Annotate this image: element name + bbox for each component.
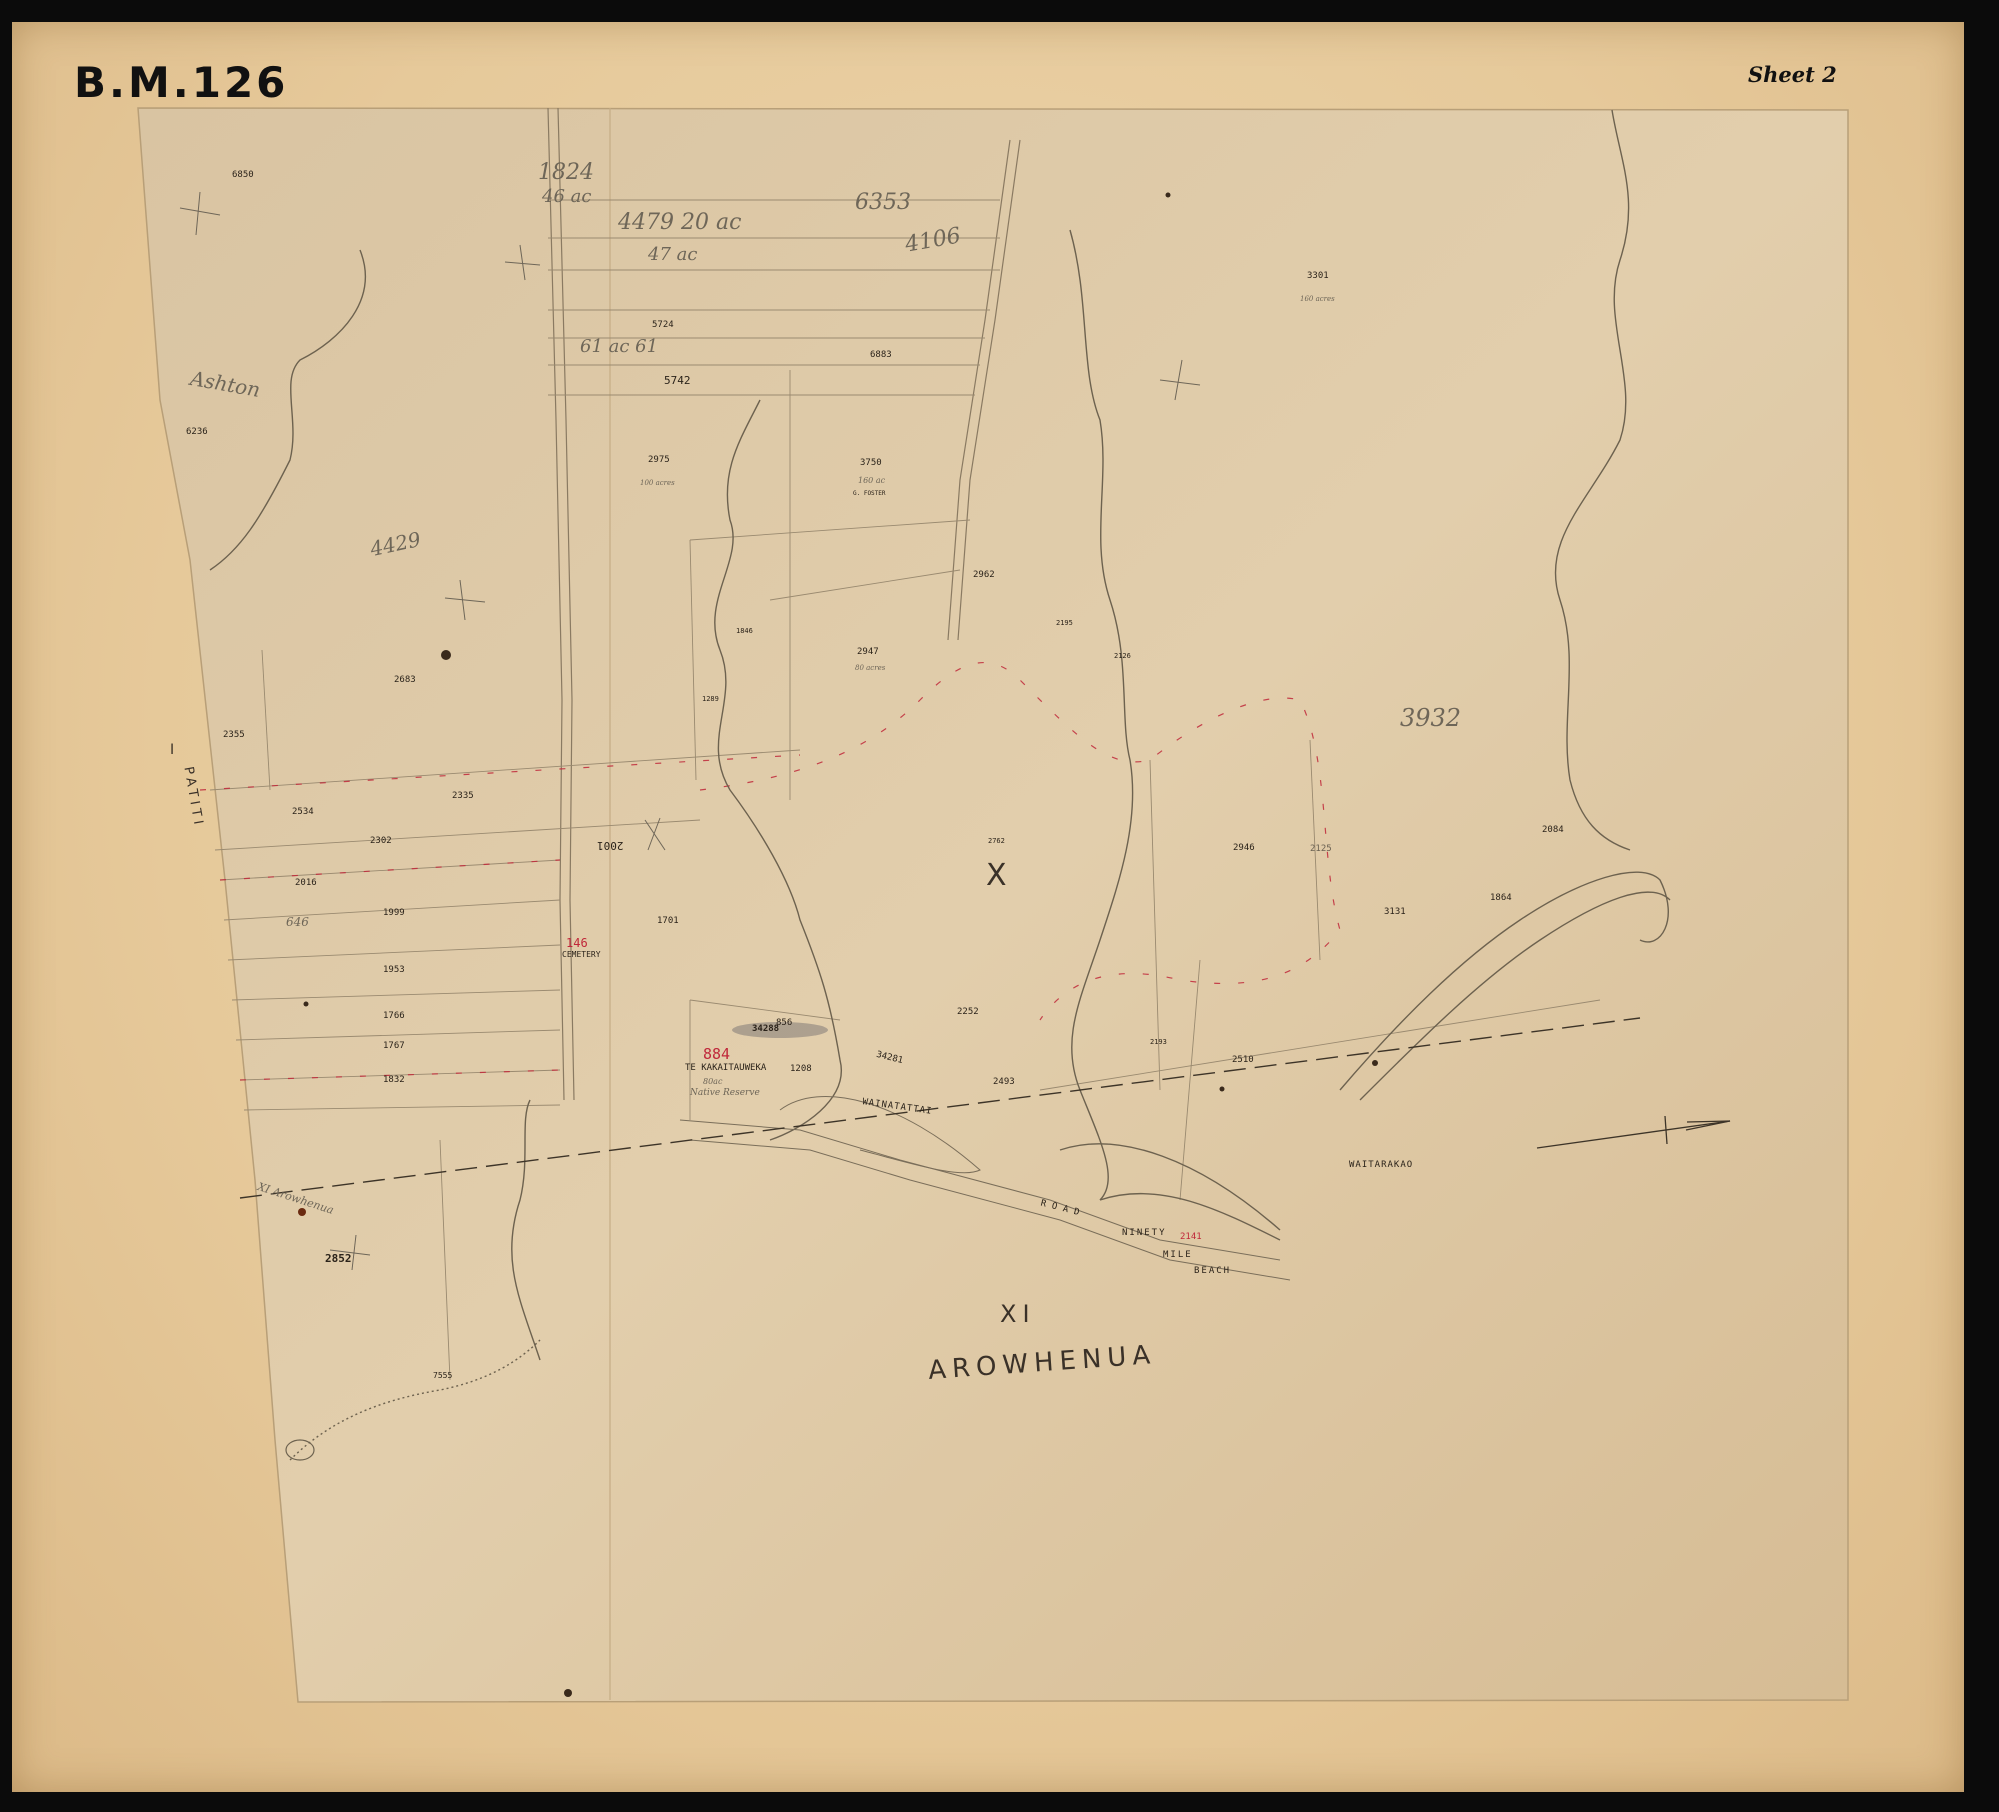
parcel-5742: 5742 <box>664 374 691 387</box>
parcel-2001: 2001 <box>597 839 624 852</box>
parcel-1864: 1864 <box>1490 893 1512 903</box>
pencil-note-61ac: 61 ac 61 <box>580 336 658 357</box>
parcel-146-name: CEMETERY <box>562 950 601 959</box>
parcel-2975-area: 100 acres <box>640 479 675 487</box>
parcel-2946: 2946 <box>1233 843 1255 853</box>
place-ninety: NINETY <box>1122 1228 1167 1238</box>
survey-tracing <box>0 0 1999 1812</box>
parcel-384: 7555 <box>433 1371 452 1380</box>
district-number: XI <box>1000 1300 1036 1328</box>
parcel-3750: 3750 <box>860 458 882 468</box>
parcel-884-note: Native Reserve <box>690 1088 760 1098</box>
parcel-1766: 1766 <box>383 1011 405 1021</box>
parcel-146: 146 <box>566 936 588 950</box>
parcel-1846: 1846 <box>736 627 753 635</box>
parcel-2252: 2252 <box>957 1007 979 1017</box>
parcel-1289: 1289 <box>702 695 719 703</box>
place-mile: MILE <box>1163 1250 1193 1260</box>
pencil-note-6353: 6353 <box>855 190 911 215</box>
parcel-2016: 2016 <box>295 878 317 888</box>
parcel-3750-owner: G. FOSTER <box>853 490 886 497</box>
parcel-2141: 2141 <box>1180 1232 1202 1242</box>
parcel-2975: 2975 <box>648 455 670 465</box>
parcel-2947: 2947 <box>857 647 879 657</box>
parcel-7555: 2852 <box>325 1252 352 1265</box>
parcel-1767: 1767 <box>383 1041 405 1051</box>
pencil-note-47ac: 47 ac <box>648 244 697 265</box>
pencil-note-46ac: 46 ac <box>542 186 591 207</box>
parcel-2762: 2762 <box>988 837 1005 845</box>
parcel-6850: 6850 <box>232 170 254 180</box>
parcel-3131: 3131 <box>1384 907 1406 917</box>
parcel-2193: 2193 <box>1150 1038 1167 1046</box>
parcel-2355: 2355 <box>223 730 245 740</box>
parcel-2125: 2125 <box>1310 844 1332 854</box>
pencil-note-646: 646 <box>286 915 309 929</box>
pencil-note-1824: 1824 <box>538 160 594 185</box>
parcel-2195: 2195 <box>1056 619 1073 627</box>
parcel-2126: 2126 <box>1114 652 1131 660</box>
parcel-2084: 2084 <box>1542 825 1564 835</box>
parcel-6236: 6236 <box>186 427 208 437</box>
parcel-2493: 2493 <box>993 1077 1015 1087</box>
centre-mark: X <box>986 858 1007 893</box>
parcel-1701: 1701 <box>657 916 679 926</box>
adjacent-marker: I <box>170 742 180 758</box>
parcel-1208: 1208 <box>790 1064 812 1074</box>
parcel-884: 884 <box>703 1045 730 1063</box>
parcel-1953: 1953 <box>383 965 405 975</box>
parcel-3301-area: 160 acres <box>1300 295 1335 303</box>
parcel-2962: 2962 <box>973 570 995 580</box>
parcel-2683: 2683 <box>394 675 416 685</box>
parcel-1832: 1832 <box>383 1075 405 1085</box>
parcel-34288: 34288 <box>752 1024 779 1034</box>
parcel-2534: 2534 <box>292 807 314 817</box>
parcel-884-area: 80ac <box>703 1077 722 1086</box>
pencil-note-4479: 4479 20 ac <box>618 210 741 235</box>
pencil-note-3932: 3932 <box>1400 704 1461 732</box>
parcel-1999: 1999 <box>383 908 405 918</box>
parcel-884-name: TE KAKAITAUWEKA <box>685 1063 766 1073</box>
place-waitarakao: WAITARAKAO <box>1349 1160 1413 1170</box>
parcel-3301: 3301 <box>1307 271 1329 281</box>
parcel-2335: 2335 <box>452 791 474 801</box>
place-beach: BEACH <box>1194 1266 1231 1276</box>
parcel-2947-area: 80 acres <box>855 664 885 672</box>
parcel-6883: 6883 <box>870 350 892 360</box>
tracing-sheet <box>138 108 1848 1702</box>
parcel-5724: 5724 <box>652 320 674 330</box>
parcel-3750-area: 160 ac <box>858 476 885 485</box>
parcel-2302: 2302 <box>370 836 392 846</box>
parcel-2510: 2510 <box>1232 1055 1254 1065</box>
